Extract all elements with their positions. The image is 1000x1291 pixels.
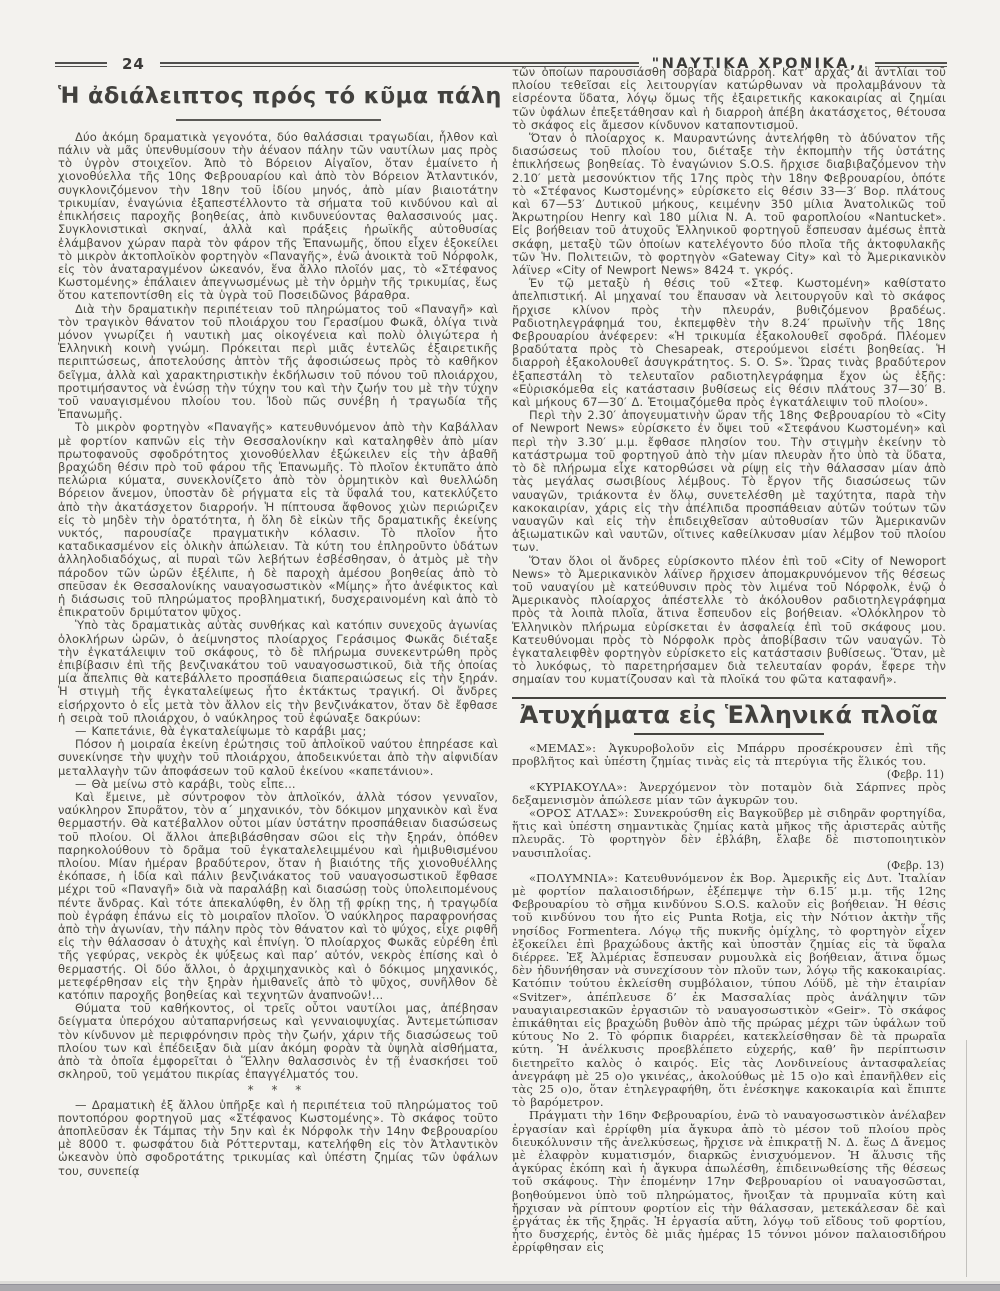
page-number: 24 xyxy=(116,55,151,73)
incident-entry: «ΚΥΡΙΑΚΟΥΛΑ»: Ἀνερχόμενον τὸν ποταμὸν δι… xyxy=(512,781,946,807)
paragraph: Ὅταν ὅλοι οἱ ἄνδρες εὑρίσκοντο πλέον ἐπὶ… xyxy=(512,555,946,687)
paragraph: Θύματα τοῦ καθήκοντος, οἱ τρεῖς οὗτοι να… xyxy=(58,1002,498,1081)
article2-top-rule xyxy=(512,697,946,699)
asterisk-separator: * * * xyxy=(58,1083,498,1098)
paragraph: Δύο ἀκόμη δραματικὰ γεγονότα, δύο θαλάσσ… xyxy=(58,131,498,303)
page-edge-line xyxy=(966,1040,967,1277)
incident-entry: Πράγματι τὴν 16ην Φεβρουαρίου, ἐνῶ τὸ να… xyxy=(512,1109,946,1254)
incident-entry: «ΜΕΜΑΣ»: Ἀγκυροβολοῦν εἰς Μπάρρυ προσέκρ… xyxy=(512,742,946,768)
incident-entry: «ΠΟΛΥΜΝΙΑ»: Κατευθυνόμενον ἐκ Βορ. Ἀμερι… xyxy=(512,872,946,1110)
header-rule-left xyxy=(55,62,107,67)
article2: Ἀτυχήματα εἰς Ἑλληνικά πλοῖα «ΜΕΜΑΣ»: Ἀγ… xyxy=(512,697,946,1255)
entry-date: (Φεβρ. 11) xyxy=(512,769,946,781)
paragraph: Περὶ τὴν 2.30′ ἀπογευματινὴν ὥραν τῆς 18… xyxy=(512,409,946,554)
incident-entry: «ΟΡΟΣ ΑΤΛΑΣ»: Συνεκρούσθη εἰς Βαγκοῦβερ … xyxy=(512,807,946,860)
right-column: τῶν ὁποίων παρουσιάσθη σοβαρὰ διαρροή. Κ… xyxy=(512,66,946,1255)
paragraph: Πόσον ἡ μοιραία ἐκείνη ἐρώτησις τοῦ ἁπλο… xyxy=(58,738,498,778)
paragraph: Διὰ τὴν δραματικὴν περιπέτειαν τοῦ πληρώ… xyxy=(58,303,498,422)
paragraph: Ἐν τῷ μεταξὺ ἡ θέσις τοῦ «Στεφ. Κωστομέν… xyxy=(512,277,946,409)
title-underline-rule xyxy=(176,119,381,121)
paragraph: Καὶ ἔμεινε, μὲ σύντροφον τὸν ἁπλοϊκόν, ἀ… xyxy=(58,791,498,1002)
page-bottom-edge xyxy=(0,1284,1000,1291)
paragraph: Ὑπὸ τὰς δραματικὰς αὐτὰς συνθήκας καὶ κα… xyxy=(58,619,498,725)
paragraph: Τὸ μικρὸν φορτηγὸν «Παναγῆς» κατευθυνόμε… xyxy=(58,421,498,619)
paragraph: τῶν ὁποίων παρουσιάσθη σοβαρὰ διαρροή. Κ… xyxy=(512,66,946,132)
article2-title-underline-rule xyxy=(634,733,824,735)
paragraph: — Δραματικὴ ἐξ ἄλλου ὑπῆρξε καὶ ἡ περιπέ… xyxy=(58,1099,498,1178)
left-column: Ἡ ἀδιάλειπτος πρός τό κῦμα πάλη Δύο ἀκόμ… xyxy=(58,84,498,1178)
paragraph: Ὅταν ὁ πλοίαρχος κ. Μαυραντώνης ἀντελήφθ… xyxy=(512,132,946,277)
entry-date: (Φεβρ. 13) xyxy=(512,860,946,872)
article1-title: Ἡ ἀδιάλειπτος πρός τό κῦμα πάλη xyxy=(58,84,498,110)
article2-title: Ἀτυχήματα εἰς Ἑλληνικά πλοῖα xyxy=(512,702,946,730)
